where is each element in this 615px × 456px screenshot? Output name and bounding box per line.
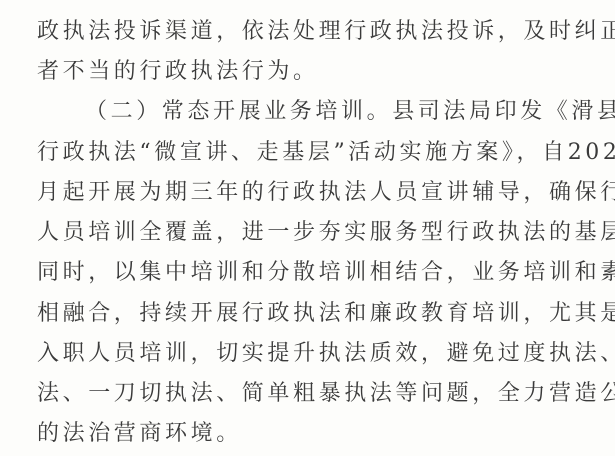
- paragraph-2-line-2: 行政执法“微宣讲、走基层”活动实施方案》，自2024年11: [37, 141, 615, 165]
- paragraph-2-line-8: 法、一刀切执法、简单粗暴执法等问题，全力营造公平公正: [37, 382, 615, 406]
- paragraph-2-line-9: 的法治营商环境。: [37, 422, 242, 446]
- paragraph-1-line-1: 政执法投诉渠道，依法处理行政执法投诉，及时纠正违法或: [37, 20, 615, 44]
- paragraph-2-line-1: （二）常态开展业务培训。县司法局印发《滑县服务型: [85, 100, 615, 124]
- paragraph-2-line-6: 相融合，持续开展行政执法和廉政教育培训，尤其是加强新: [37, 302, 615, 326]
- paragraph-2-line-7: 入职人员培训，切实提升执法质效，避免过度执法、逐利执: [37, 342, 615, 366]
- document-page: 政执法投诉渠道，依法处理行政执法投诉，及时纠正违法或 者不当的行政执法行为。 （…: [0, 0, 615, 456]
- paragraph-2-line-4: 人员培训全覆盖，进一步夯实服务型行政执法的基层基础。: [37, 221, 615, 245]
- paragraph-1-line-2: 者不当的行政执法行为。: [37, 60, 319, 84]
- paragraph-2-line-5: 同时，以集中培训和分散培训相结合，业务培训和素质提升: [37, 261, 615, 285]
- paragraph-2-line-3: 月起开展为期三年的行政执法人员宣讲辅导，确保行政执法: [37, 181, 615, 205]
